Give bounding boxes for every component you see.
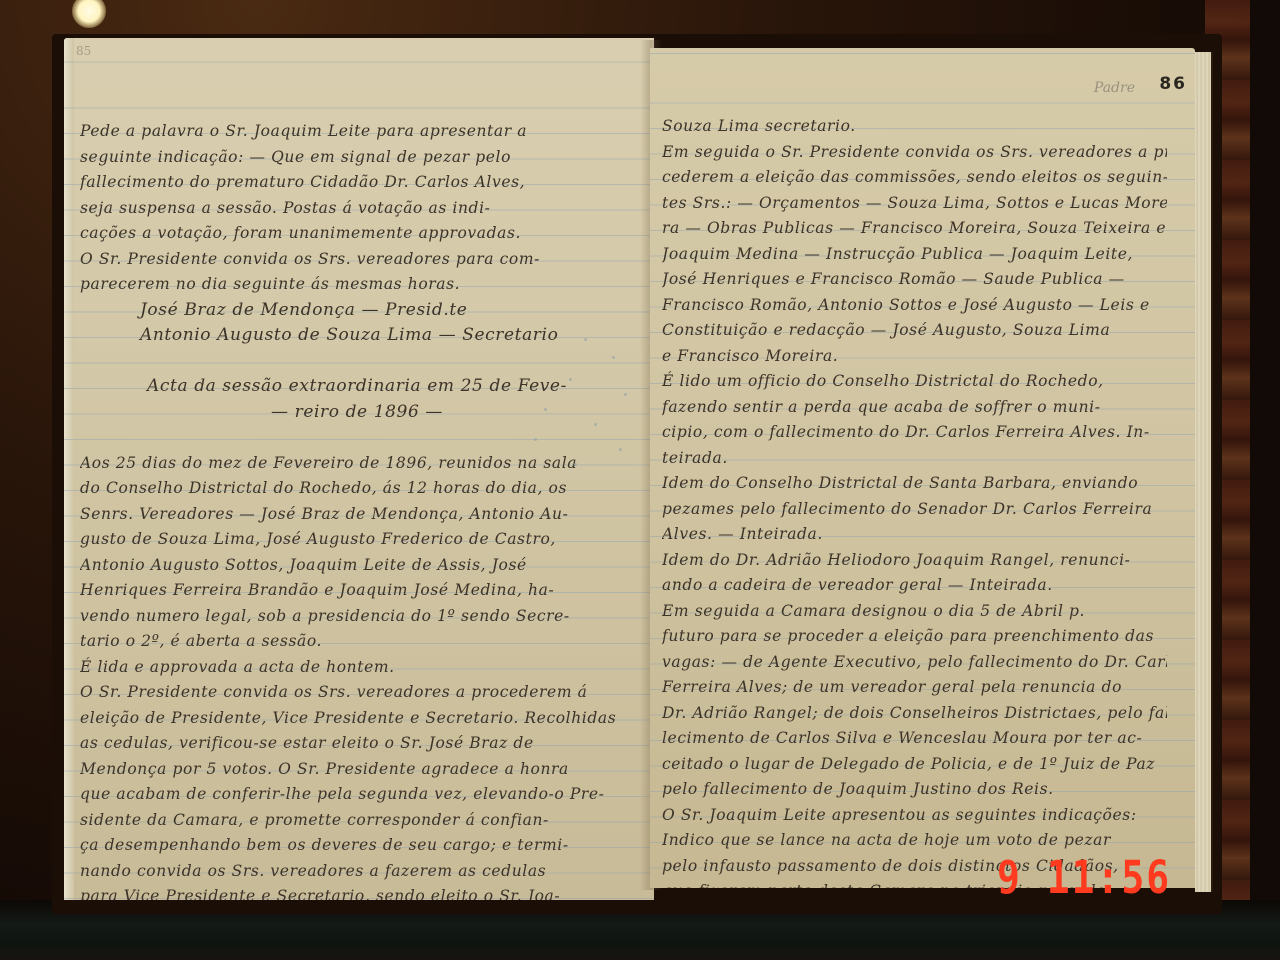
text-line: O Sr. Presidente convida os Srs. vereado… bbox=[80, 680, 634, 706]
text-line: para Vice Presidente e Secretario, sendo… bbox=[80, 884, 634, 900]
text-line: Alves. — Inteirada. bbox=[662, 522, 1167, 548]
left-page: 85 Pede a palavra o Sr. Joaquim Leite pa… bbox=[64, 38, 654, 900]
session-heading: Acta da sessão extraordinaria em 25 de F… bbox=[80, 374, 634, 400]
lamp-glare bbox=[72, 0, 106, 28]
text-line: É lida e approvada a acta de hontem. bbox=[80, 655, 634, 681]
text-line: Idem do Dr. Adrião Heliodoro Joaquim Ran… bbox=[662, 548, 1167, 574]
text-line: teirada. bbox=[662, 446, 1167, 472]
text-line: Francisco Romão, Antonio Sottos e José A… bbox=[662, 293, 1167, 319]
text-line: Aos 25 dias do mez de Fevereiro de 1896,… bbox=[80, 451, 634, 477]
text-line: e Francisco Moreira. bbox=[662, 344, 1167, 370]
text-line: seja suspensa a sessão. Postas á votação… bbox=[80, 196, 634, 222]
text-line: do Conselho Districtal do Rochedo, ás 12… bbox=[80, 476, 634, 502]
right-page: Padre 86 Souza Lima secretario. Em segui… bbox=[650, 48, 1195, 888]
text-line: ça desempenhando bem os deveres de seu c… bbox=[80, 833, 634, 859]
text-line: Antonio Augusto Sottos, Joaquim Leite de… bbox=[80, 553, 634, 579]
text-line: pelo fallecimento de Joaquim Justino dos… bbox=[662, 777, 1167, 803]
text-line: parecerem no dia seguinte ás mesmas hora… bbox=[80, 272, 634, 298]
text-line: as cedulas, verificou-se estar eleito o … bbox=[80, 731, 634, 757]
text-line: cipio, com o fallecimento do Dr. Carlos … bbox=[662, 420, 1167, 446]
text-line: O Sr. Joaquim Leite apresentou as seguin… bbox=[662, 803, 1167, 829]
text-line: fazendo sentir a perda que acaba de soff… bbox=[662, 395, 1167, 421]
text-line: gusto de Souza Lima, José Augusto Freder… bbox=[80, 527, 634, 553]
text-line: José Henriques e Francisco Romão — Saude… bbox=[662, 267, 1167, 293]
text-line: tes Srs.: — Orçamentos — Souza Lima, Sot… bbox=[662, 191, 1167, 217]
text-line: sidente da Camara, e promette correspond… bbox=[80, 808, 634, 834]
signature-secretary: Antonio Augusto de Souza Lima — Secretar… bbox=[80, 323, 634, 349]
text-line: Em seguida o Sr. Presidente convida os S… bbox=[662, 140, 1167, 166]
text-line: ceitado o lugar de Delegado de Policia, … bbox=[662, 752, 1167, 778]
text-line: Mendonça por 5 votos. O Sr. Presidente a… bbox=[80, 757, 634, 783]
text-line: tario o 2º, é aberta a sessão. bbox=[80, 629, 634, 655]
text-line: Em seguida a Camara designou o dia 5 de … bbox=[662, 599, 1167, 625]
page-corner-mark: 85 bbox=[76, 44, 91, 58]
signature-president: José Braz de Mendonça — Presid.te bbox=[80, 298, 634, 324]
text-line: vendo numero legal, sob a presidencia do… bbox=[80, 604, 634, 630]
text-line: Senrs. Vereadores — José Braz de Mendonç… bbox=[80, 502, 634, 528]
text-line: eleição de Presidente, Vice Presidente e… bbox=[80, 706, 634, 732]
right-page-text: Souza Lima secretario. Em seguida o Sr. … bbox=[650, 114, 1195, 888]
page-edges bbox=[1195, 52, 1213, 892]
text-line: fallecimento do prematuro Cidadão Dr. Ca… bbox=[80, 170, 634, 196]
text-line: Ferreira Alves; de um vereador geral pel… bbox=[662, 675, 1167, 701]
text-line: futuro para se proceder a eleição para p… bbox=[662, 624, 1167, 650]
text-line: É lido um officio do Conselho Districtal… bbox=[662, 369, 1167, 395]
text-line: Idem do Conselho Districtal de Santa Bar… bbox=[662, 471, 1167, 497]
text-line: nando convida os Srs. vereadores a fazer… bbox=[80, 859, 634, 885]
text-line: pezames pelo fallecimento do Senador Dr.… bbox=[662, 497, 1167, 523]
text-line: ra — Obras Publicas — Francisco Moreira,… bbox=[662, 216, 1167, 242]
text-line: seguinte indicação: — Que em signal de p… bbox=[80, 145, 634, 171]
text-line: cederem a eleição das commissões, sendo … bbox=[662, 165, 1167, 191]
text-line: Constituição e redacção — José Augusto, … bbox=[662, 318, 1167, 344]
page-number: 86 bbox=[1159, 74, 1187, 94]
text-line: Souza Lima secretario. bbox=[662, 114, 1167, 140]
text-line: Dr. Adrião Rangel; de dois Conselheiros … bbox=[662, 701, 1167, 727]
left-page-text: Pede a palavra o Sr. Joaquim Leite para … bbox=[64, 119, 654, 900]
text-line: que acabam de conferir-lhe pela segunda … bbox=[80, 782, 634, 808]
text-line: vagas: — de Agente Executivo, pelo falle… bbox=[662, 650, 1167, 676]
text-line: lecimento de Carlos Silva e Wenceslau Mo… bbox=[662, 726, 1167, 752]
display-case-frame bbox=[1250, 0, 1280, 960]
text-line: Indico que se lance na acta de hoje um v… bbox=[662, 828, 1167, 854]
text-line: Pede a palavra o Sr. Joaquim Leite para … bbox=[80, 119, 634, 145]
text-line: O Sr. Presidente convida os Srs. vereado… bbox=[80, 247, 634, 273]
camera-timestamp: 9 11:56 bbox=[997, 851, 1171, 904]
text-line: cações a votação, foram unanimemente app… bbox=[80, 221, 634, 247]
text-line: ando a cadeira de vereador geral — Intei… bbox=[662, 573, 1167, 599]
session-heading-cont: — reiro de 1896 — bbox=[80, 400, 634, 426]
pencil-annotation: Padre bbox=[1094, 80, 1135, 96]
text-line: Henriques Ferreira Brandão e Joaquim Jos… bbox=[80, 578, 634, 604]
text-line: Joaquim Medina — Instrucção Publica — Jo… bbox=[662, 242, 1167, 268]
